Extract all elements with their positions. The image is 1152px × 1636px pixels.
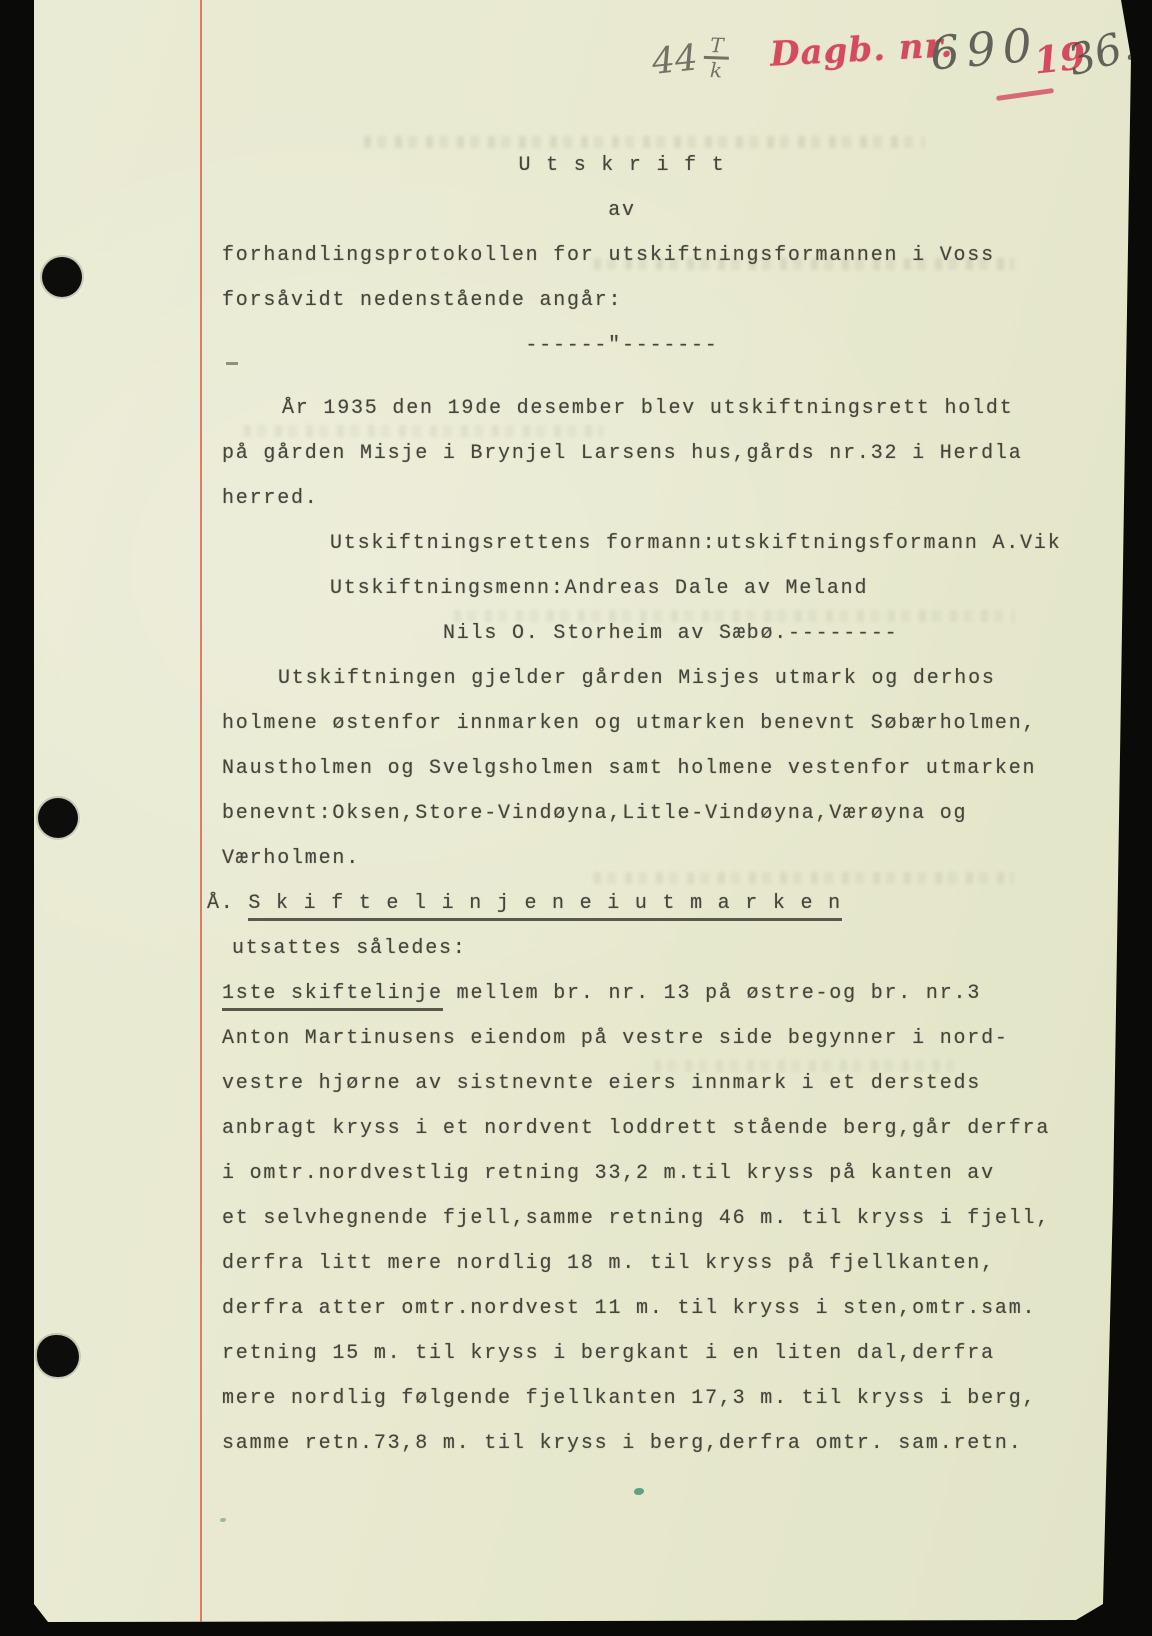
- paper-sheet: 44 T k Dagb. nr. 690 19 36. U t s k r i …: [34, 0, 1134, 1622]
- text-segment: retning 15 m. til kryss i bergkant i en …: [222, 1342, 995, 1365]
- text-segment: holmene østenfor innmarken og utmarken b…: [222, 712, 1036, 735]
- pencil-fraction: T k: [703, 35, 730, 81]
- text-line: retning 15 m. til kryss i bergkant i en …: [222, 1331, 1022, 1376]
- text-line: Nils O. Storheim av Sæbø.--------: [222, 611, 1022, 656]
- text-line: forsåvidt nedenstående angår:: [222, 278, 1022, 323]
- text-line: vestre hjørne av sistnevnte eiers innmar…: [222, 1061, 1022, 1106]
- text-line: Værholmen.: [222, 836, 1022, 881]
- punch-hole: [42, 257, 82, 297]
- text-segment: forsåvidt nedenstående angår:: [222, 289, 622, 312]
- text-line: holmene østenfor innmarken og utmarken b…: [222, 701, 1022, 746]
- text-segment: vestre hjørne av sistnevnte eiers innmar…: [222, 1072, 981, 1095]
- text-segment: herred.: [222, 487, 319, 510]
- green-speck: [634, 1488, 644, 1495]
- pencil-archive-note: 44 T k: [650, 34, 731, 87]
- text-segment: et selvhegnende fjell,samme retning 46 m…: [222, 1207, 1050, 1230]
- text-line: 1ste skiftelinje mellem br. nr. 13 på øs…: [222, 971, 1022, 1016]
- typewritten-text-block: U t s k r i f tavforhandlingsprotokollen…: [222, 143, 1022, 1466]
- text-line: forhandlingsprotokollen for utskiftnings…: [222, 233, 1022, 278]
- text-segment: i omtr.nordvestlig retning 33,2 m.til kr…: [222, 1162, 995, 1185]
- text-line: Naustholmen og Svelgsholmen samt holmene…: [222, 746, 1022, 791]
- text-line: ------"-------: [222, 323, 1022, 368]
- text-line: derfra litt mere nordlig 18 m. til kryss…: [222, 1241, 1022, 1286]
- text-segment: Utskiftningen gjelder gården Misjes utma…: [278, 667, 996, 690]
- text-segment: derfra litt mere nordlig 18 m. til kryss…: [222, 1252, 995, 1275]
- text-segment: samme retn.73,8 m. til kryss i berg,derf…: [222, 1432, 1023, 1455]
- scan-background: 44 T k Dagb. nr. 690 19 36. U t s k r i …: [0, 0, 1152, 1636]
- text-line: benevnt:Oksen,Store-Vindøyna,Litle-Vindø…: [222, 791, 1022, 836]
- text-segment: utsattes således:: [232, 937, 467, 960]
- text-line: samme retn.73,8 m. til kryss i berg,derf…: [222, 1421, 1022, 1466]
- text-line: derfra atter omtr.nordvest 11 m. til kry…: [222, 1286, 1022, 1331]
- text-segment: Utskiftningsrettens formann:utskiftnings…: [330, 532, 1062, 555]
- text-segment: År 1935 den 19de desember blev utskiftni…: [282, 397, 1014, 420]
- text-line: År 1935 den 19de desember blev utskiftni…: [222, 386, 1022, 431]
- text-line: av: [222, 188, 1022, 233]
- text-segment: derfra atter omtr.nordvest 11 m. til kry…: [222, 1297, 1036, 1320]
- text-segment: av: [608, 199, 636, 222]
- text-line: på gården Misje i Brynjel Larsens hus,gå…: [222, 431, 1022, 476]
- text-segment: mellem br. nr. 13 på østre-og br. nr.3: [443, 982, 981, 1005]
- year-handwritten: 36.: [1063, 20, 1141, 86]
- underlined-text: S k i f t e l i n j e n e i u t m a r k …: [248, 892, 841, 921]
- text-segment: Utskiftningsmenn:Andreas Dale av Meland: [330, 577, 868, 600]
- stamp-dash: [996, 88, 1054, 101]
- text-line: U t s k r i f t: [222, 143, 1022, 188]
- text-line: Utskiftningen gjelder gården Misjes utma…: [222, 656, 1022, 701]
- text-segment: U t s k r i f t: [518, 154, 725, 177]
- text-segment: Anton Martinusens eiendom på vestre side…: [222, 1027, 1009, 1050]
- punch-hole: [38, 798, 78, 838]
- text-segment: Å.: [207, 892, 248, 915]
- underlined-text: 1ste skiftelinje: [222, 982, 443, 1011]
- journal-stamp-label: Dagb. nr.: [769, 25, 954, 75]
- text-segment: Nils O. Storheim av Sæbø.--------: [443, 622, 898, 645]
- text-line: Anton Martinusens eiendom på vestre side…: [222, 1016, 1022, 1061]
- text-segment: anbragt kryss i et nordvent loddrett stå…: [222, 1117, 1050, 1140]
- text-segment: benevnt:Oksen,Store-Vindøyna,Litle-Vindø…: [222, 802, 967, 825]
- text-line: i omtr.nordvestlig retning 33,2 m.til kr…: [222, 1151, 1022, 1196]
- text-line: utsattes således:: [222, 926, 1022, 971]
- text-line: Utskiftningsrettens formann:utskiftnings…: [222, 521, 1022, 566]
- text-segment: ------"-------: [525, 334, 718, 357]
- text-line: anbragt kryss i et nordvent loddrett stå…: [222, 1106, 1022, 1151]
- text-segment: forhandlingsprotokollen for utskiftnings…: [222, 244, 995, 267]
- text-segment: Værholmen.: [222, 847, 360, 870]
- text-line: herred.: [222, 476, 1022, 521]
- punch-hole: [37, 1335, 79, 1377]
- journal-number-handwritten: 690: [928, 17, 1041, 80]
- text-line: mere nordlig følgende fjellkanten 17,3 m…: [222, 1376, 1022, 1421]
- red-margin-rule: [200, 0, 202, 1622]
- pencil-number: 44: [650, 37, 700, 83]
- text-line: Å. S k i f t e l i n j e n e i u t m a r…: [207, 881, 1022, 926]
- text-segment: på gården Misje i Brynjel Larsens hus,gå…: [222, 442, 1023, 465]
- text-segment: mere nordlig følgende fjellkanten 17,3 m…: [222, 1387, 1036, 1410]
- text-line: Utskiftningsmenn:Andreas Dale av Meland: [222, 566, 1022, 611]
- text-segment: Naustholmen og Svelgsholmen samt holmene…: [222, 757, 1036, 780]
- text-line: et selvhegnende fjell,samme retning 46 m…: [222, 1196, 1022, 1241]
- green-speck: [220, 1518, 226, 1522]
